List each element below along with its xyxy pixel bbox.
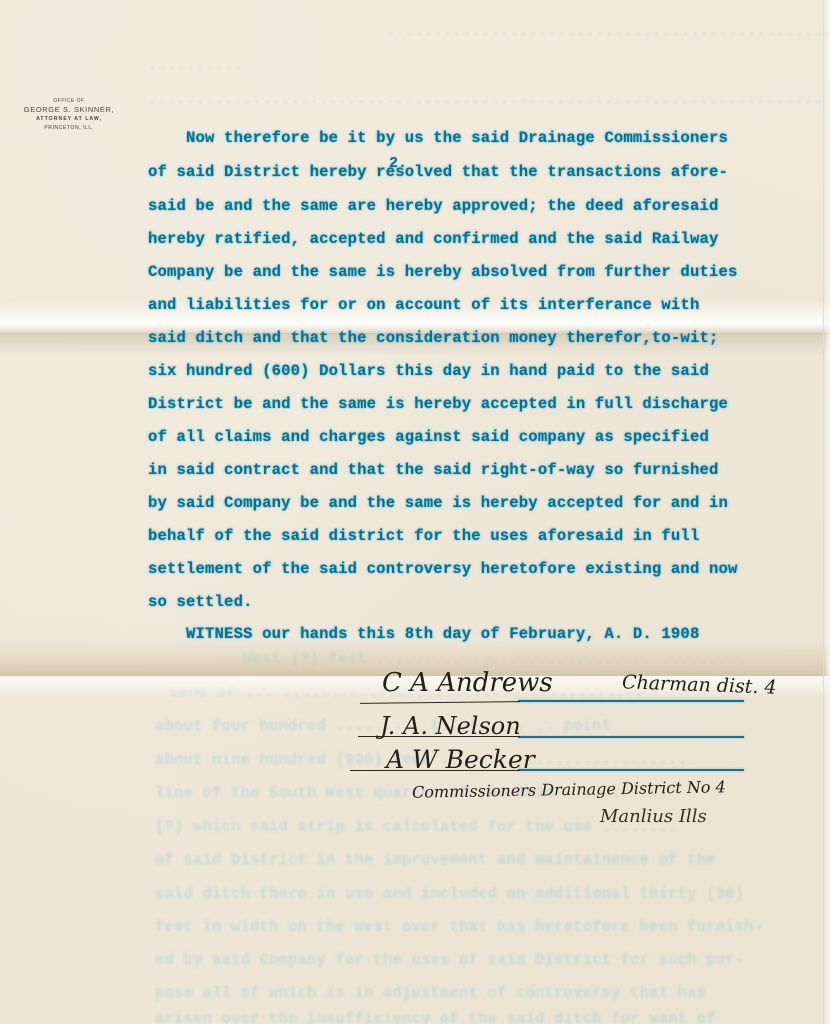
body-line: so settled. [148,593,253,611]
location-line: Manlius Ills [600,806,707,827]
document-page: ........................................… [0,0,830,1024]
body-line: by said Company be and the same is hereb… [148,494,728,512]
body-line: settlement of the said controversy heret… [148,560,737,578]
bleed-through-lower-9: feet in width on the West over that has … [98,918,763,936]
letterhead-office-of: OFFICE OF [14,97,124,105]
bleed-through-lower-7: of said District in the improvement and … [98,851,716,869]
bleed-through-top-3: ........................................… [148,90,823,108]
paper-edge [823,0,830,1024]
body-line: District be and the same is hereby accep… [148,395,728,413]
bleed-through-lower-6: (?) which said strip is calculated for t… [98,818,678,836]
body-line: of said District hereby resolved that th… [148,163,728,181]
body-line: Now therefore be it by us the said Drain… [148,129,728,147]
signature-andrews: C A Andrews [382,668,553,698]
letterhead: OFFICE OF GEORGE S. SKINNER, ATTORNEY AT… [14,97,124,132]
bleed-through-lower-10: ed by said Company for the uses of said … [98,951,744,969]
body-line: said ditch and that the consideration mo… [148,329,718,347]
signature-rule-3 [518,769,744,771]
body-line: hereby ratified, accepted and confirmed … [148,230,718,248]
bleed-through-top-2: .......... [148,56,243,74]
signature-becker: A W Becker [386,745,535,774]
body-line: of all claims and charges against said c… [148,428,709,446]
signature-nelson: J. A. Nelson [380,712,521,740]
body-line: and liabilities for or on account of its… [148,296,699,314]
bleed-through-lower-11: pose all of which is in adjustment of co… [98,984,706,1002]
body-line: behalf of the said district for the uses… [148,527,699,545]
bleed-through-lower-3: about four hundred ......... (...), ... … [98,717,611,735]
body-line: in said contract and that the said right… [148,461,718,479]
bleed-through-lower-12: arisen over the insufficiency of the sai… [98,1010,716,1024]
body-line: six hundred (600) Dollars this day in ha… [148,362,709,380]
bleed-through-lower-8: said ditch there in use and included an … [98,885,744,903]
commissioners-line: Commissioners Drainage District No 4 [412,777,726,801]
body-line: said be and the same are hereby approved… [148,197,718,215]
letterhead-name: GEORGE S. SKINNER, [14,105,124,115]
bleed-through-top-1: ........................................… [196,22,830,40]
witness-line: WITNESS our hands this 8th day of Februa… [148,625,699,643]
body-line: Company be and the same is hereby absolv… [148,263,737,281]
signature-rule-2 [518,736,744,738]
signature-rule-1 [518,700,744,702]
letterhead-city: PRINCETON, ILL. [14,124,124,132]
ink-underline-1 [360,701,520,704]
letterhead-title: ATTORNEY AT LAW, [14,115,124,124]
